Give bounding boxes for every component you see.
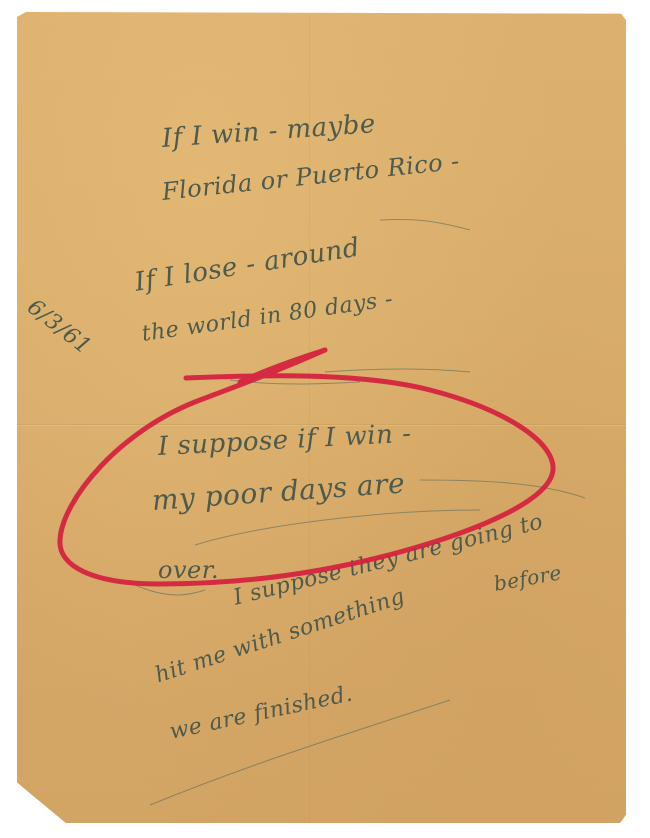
handwritten-line-7: over. (158, 556, 219, 584)
